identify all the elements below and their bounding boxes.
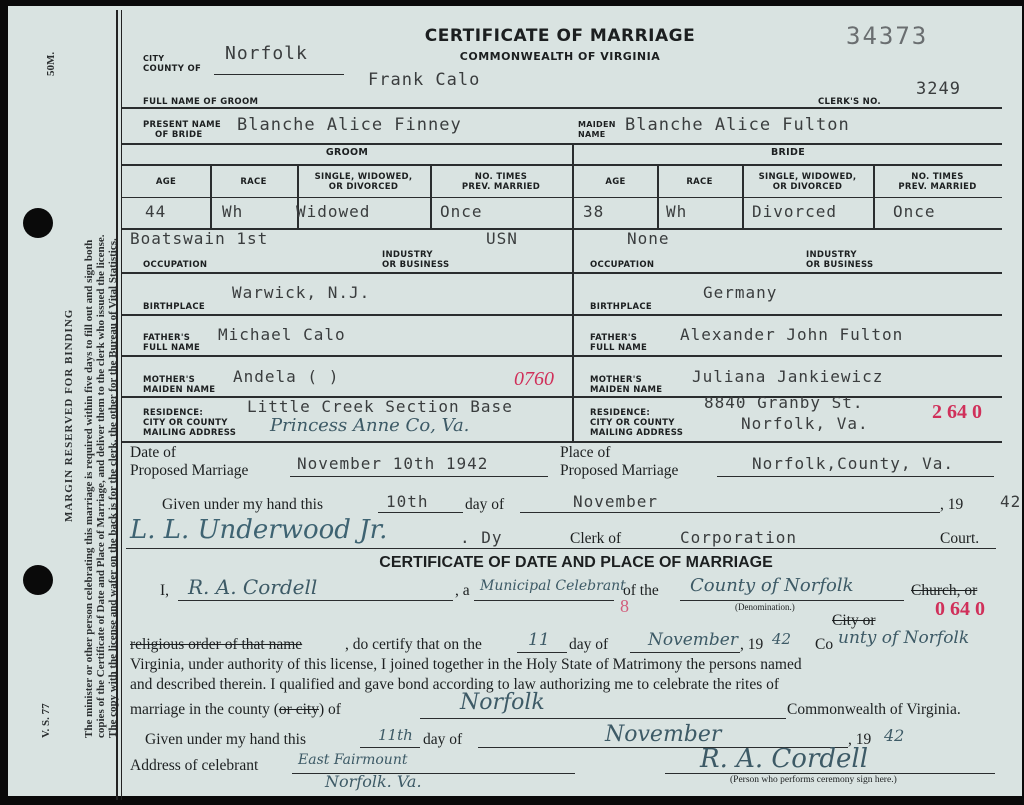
groom-residence-label: RESIDENCE:CITY OR COUNTYMAILING ADDRESS — [143, 408, 236, 438]
clerks-number-label: CLERK'S No. — [818, 97, 881, 107]
groom-occupation-value: Boatswain 1st — [130, 229, 268, 248]
clerk-of-label: Clerk of — [570, 530, 621, 548]
bride-mother-value: Juliana Jankiewicz — [692, 367, 883, 386]
underline — [680, 600, 904, 601]
bride-age-label: AGE — [574, 177, 657, 187]
city-label: CITY — [143, 54, 164, 64]
bride-race-label: RACE — [657, 177, 742, 187]
certificate-day-of: day of — [569, 636, 608, 654]
bride-father-label: FATHER'SFULL NAME — [590, 333, 647, 353]
groom-residence-line2: Princess Anne Co, Va. — [270, 415, 469, 436]
groom-industry-value: USN — [486, 229, 518, 248]
underline — [520, 512, 940, 513]
groom-industry-label: INDUSTRYOR BUSINESS — [382, 250, 449, 270]
proposed-place-label: Place ofProposed Marriage — [560, 444, 678, 480]
commonwealth-label: Commonwealth of Virginia. — [787, 701, 961, 719]
divider — [122, 441, 1002, 443]
certificate-day-value: 11 — [528, 630, 550, 650]
proposed-date-value: November 10th 1942 — [297, 454, 488, 473]
bride-mother-label: MOTHER'SMAIDEN NAME — [590, 375, 662, 395]
certificate-given-day-of: day of — [423, 731, 462, 749]
clerk-signature: L. L. Underwood Jr. — [130, 515, 387, 545]
binding-hole-top — [23, 208, 53, 238]
groom-birthplace-label: BIRTHPLACE — [143, 302, 205, 312]
groom-occupation-label: OCCUPATION — [143, 260, 207, 270]
certificate-code-stamp: 0 64 0 — [935, 598, 985, 621]
certificate-county-value: unty of Norfolk — [838, 628, 969, 648]
paragraph-line1: Virginia, under authority of this licens… — [130, 656, 802, 674]
certify-text: , do certify that on the — [345, 636, 482, 654]
col-divider — [657, 164, 659, 228]
margin-border-inner — [121, 10, 122, 800]
groom-father-value: Michael Calo — [218, 325, 346, 344]
bride-industry-label: INDUSTRYOR BUSINESS — [806, 250, 873, 270]
groom-race-label: RACE — [210, 177, 297, 187]
celebrant-signature: R. A. Cordell — [700, 744, 868, 774]
divider — [122, 143, 1002, 145]
proposed-date-label: Date ofProposed Marriage — [130, 444, 248, 480]
denomination-label: (Denomination.) — [735, 602, 795, 612]
groom-mother-code-stamp: 0760 — [514, 368, 554, 391]
groom-status-label: SINGLE, WIDOWED,OR DIVORCED — [297, 172, 430, 192]
county-prefix: Co — [815, 636, 833, 654]
dy-label: . Dy — [460, 528, 503, 547]
margin-border — [116, 10, 118, 800]
license-year-prefix: , 19 — [940, 496, 963, 514]
license-given-text: Given under my hand this — [162, 496, 323, 514]
license-day-of: day of — [465, 496, 504, 514]
groom-times-married-value: Once — [440, 202, 483, 221]
bride-occupation-label: OCCUPATION — [590, 260, 654, 270]
county-value: Norfolk — [225, 43, 308, 64]
bride-residence-label: RESIDENCE:CITY OR COUNTYMAILING ADDRESS — [590, 408, 683, 438]
underline — [378, 512, 463, 513]
binding-hole-bottom — [23, 565, 53, 595]
bride-residence-line2: Norfolk, Va. — [741, 414, 869, 433]
underline — [474, 600, 614, 601]
underline — [665, 773, 995, 774]
certificate-given-day: 11th — [378, 726, 413, 744]
sign-here-label: (Person who performs ceremony sign here.… — [730, 775, 897, 785]
certificate-heading: CERTIFICATE OF DATE AND PLACE OF MARRIAG… — [226, 554, 926, 572]
celebrant-address-line2: Norfolk. Va. — [325, 772, 422, 791]
certificate-given-year: 42 — [884, 726, 904, 745]
bride-birthplace-label: BIRTHPLACE — [590, 302, 652, 312]
bride-status-label: SINGLE, WIDOWED,OR DIVORCED — [742, 172, 873, 192]
county-underline — [214, 74, 344, 75]
print-run-code: 50M. — [45, 52, 57, 76]
bride-present-name-value: Blanche Alice Finney — [237, 115, 462, 135]
certificate-year-prefix: , 19 — [740, 636, 763, 654]
form-code: V. S. 77 — [40, 703, 52, 738]
a-label: , a — [455, 582, 470, 600]
divider — [122, 107, 1002, 109]
document-subtitle: COMMONWEALTH OF VIRGINIA — [380, 50, 740, 63]
margin-instructions-line3: The copy with the license and wafer on t… — [107, 238, 120, 738]
religious-order-label: religious order of that name — [130, 636, 302, 654]
groom-mother-label: MOTHER'SMAIDEN NAME — [143, 375, 215, 395]
underline — [290, 476, 548, 477]
court-label: Court. — [940, 530, 979, 548]
underline — [717, 476, 994, 477]
officiant-title: Municipal Celebrant — [480, 578, 626, 594]
serial-number: 34373 — [846, 22, 928, 50]
underline — [517, 652, 567, 653]
maiden-name-label: MAIDENNAME — [578, 120, 616, 140]
certificate-given-text: Given under my hand this — [145, 731, 306, 749]
certificate-year-value: 42 — [772, 630, 791, 648]
bride-residence-line1: 8840 Granby St. — [704, 393, 864, 412]
marriage-place-value: Norfolk — [460, 690, 545, 715]
bride-age-value: 38 — [583, 202, 604, 221]
groom-age-label: AGE — [122, 177, 210, 187]
divider — [122, 314, 1002, 316]
divider — [122, 355, 1002, 357]
marriage-in-label: marriage in the county (or city) of — [130, 701, 341, 719]
divider — [122, 272, 1002, 274]
divider — [122, 197, 1002, 198]
underline — [126, 548, 996, 549]
bride-residence-code-stamp: 2 64 0 — [932, 401, 982, 424]
groom-residence-line1: Little Creek Section Base — [247, 397, 513, 416]
denomination-value: County of Norfolk — [690, 575, 854, 596]
groom-name-label: FULL NAME OF GROOM — [143, 97, 258, 107]
celebrant-address-label: Address of celebrant — [130, 757, 258, 775]
paragraph-line2: and described therein. I qualified and g… — [130, 676, 779, 694]
bride-race-value: Wh — [666, 202, 687, 221]
groom-race-value: Wh — [222, 202, 243, 221]
certificate-month-value: November — [648, 630, 738, 650]
groom-age-value: 44 — [145, 202, 166, 221]
groom-times-label: NO. TIMESPREV. MARRIED — [430, 172, 572, 192]
document-title: CERTIFICATE OF MARRIAGE — [380, 26, 740, 46]
bride-present-label: PRESENT NAMEOF BRIDE — [143, 120, 221, 140]
groom-mother-value: Andela ( ) — [233, 367, 339, 386]
underline — [178, 600, 453, 601]
officiant-i-label: I, — [160, 582, 169, 600]
bride-times-label: NO. TIMESPREV. MARRIED — [873, 172, 1002, 192]
bride-occupation-value: None — [627, 229, 670, 248]
col-divider — [210, 164, 212, 228]
bride-birthplace-value: Germany — [703, 283, 777, 302]
bride-father-value: Alexander John Fulton — [680, 325, 903, 344]
groom-father-label: FATHER'SFULL NAME — [143, 333, 200, 353]
court-value: Corporation — [680, 528, 797, 547]
county-label: COUNTY OF — [143, 64, 201, 74]
bride-times-married-value: Once — [893, 202, 936, 221]
bride-status-value: Divorced — [752, 202, 837, 221]
bride-heading: BRIDE — [574, 148, 1002, 158]
groom-birthplace-value: Warwick, N.J. — [232, 283, 370, 302]
license-given-year: 42 — [1000, 492, 1021, 511]
underline — [420, 718, 786, 719]
officiant-signature: R. A. Cordell — [188, 575, 317, 599]
license-given-month: November — [573, 492, 658, 511]
underline — [360, 747, 420, 748]
celebrant-address-line1: East Fairmount — [298, 752, 407, 768]
groom-heading: GROOM — [122, 148, 572, 158]
underline — [630, 652, 740, 653]
groom-status-value: Widowed — [296, 202, 370, 221]
margin-reserved-title: MARGIN RESERVED FOR BINDING — [63, 309, 75, 522]
divider — [122, 164, 1002, 166]
license-given-day: 10th — [386, 492, 429, 511]
red-mark: 8 — [620, 596, 629, 617]
clerks-number-value: 3249 — [916, 79, 961, 99]
maiden-name-value: Blanche Alice Fulton — [625, 115, 850, 135]
proposed-place-value: Norfolk,County, Va. — [752, 454, 954, 473]
groom-name-value: Frank Calo — [368, 70, 480, 90]
